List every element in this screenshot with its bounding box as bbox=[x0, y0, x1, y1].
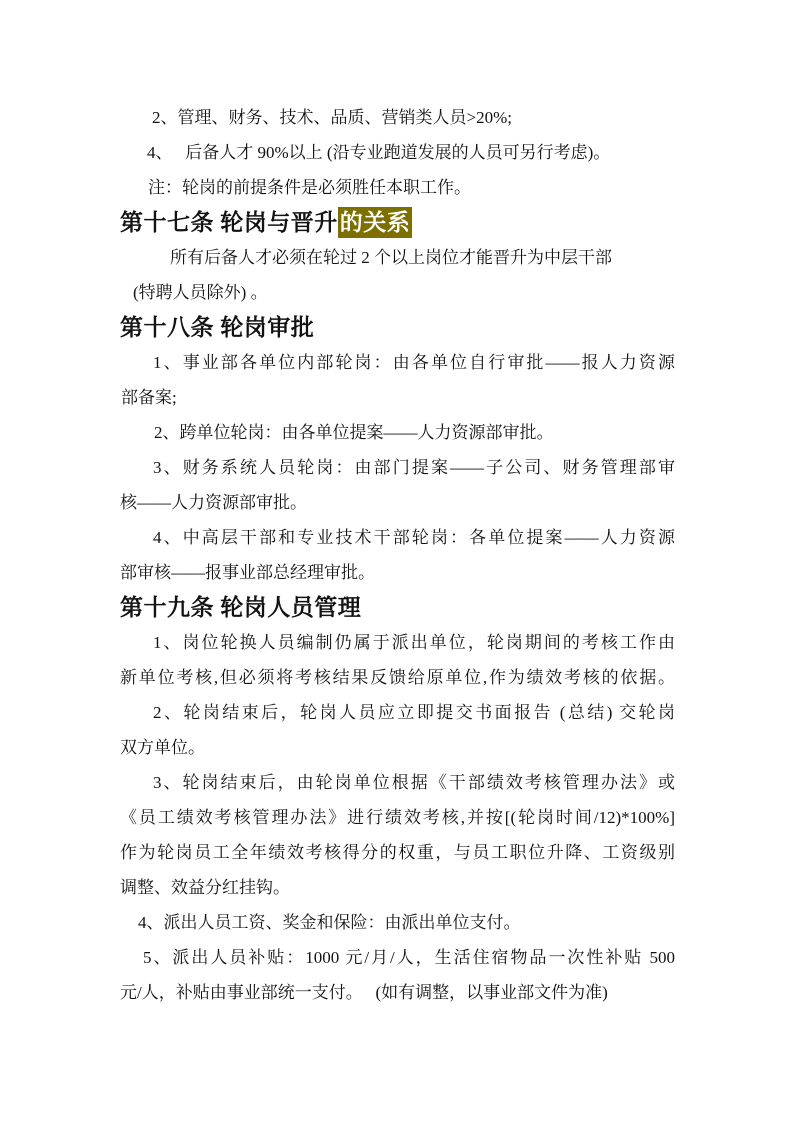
line-text: 调整、效益分红挂钩。 bbox=[120, 878, 290, 897]
line-text: 1、事业部各单位内部轮岗：由各单位自行审批——报人力资源 bbox=[153, 353, 675, 372]
text-line: 4、 后备人才 90%以上 (沿专业跑道发展的人员可另行考虑)。 bbox=[120, 135, 675, 170]
text-line: 4、派出人员工资、奖金和保险：由派出单位支付。 bbox=[120, 905, 675, 940]
text-line: 1、岗位轮换人员编制仍属于派出单位，轮岗期间的考核工作由 bbox=[120, 625, 675, 660]
heading-line: 第十九条 轮岗人员管理 bbox=[120, 590, 675, 625]
text-line: 2、跨单位轮岗：由各单位提案——人力资源部审批。 bbox=[120, 415, 675, 450]
line-text: 4、派出人员工资、奖金和保险：由派出单位支付。 bbox=[138, 913, 521, 932]
document-page: 2、管理、财务、技术、品质、营销类人员>20%;4、 后备人才 90%以上 (沿… bbox=[0, 0, 793, 1122]
text-line: 4、中高层干部和专业技术干部轮岗：各单位提案——人力资源 bbox=[120, 520, 675, 555]
line-text: 2、管理、财务、技术、品质、营销类人员>20%; bbox=[152, 108, 512, 127]
line-text: 第十七条 轮岗与晋升 bbox=[120, 210, 338, 235]
line-text: (特聘人员除外) 。 bbox=[133, 283, 268, 302]
line-text: 作为轮岗员工全年绩效考核得分的权重，与员工职位升降、工资级别 bbox=[120, 843, 675, 862]
text-line: 3、财务系统人员轮岗：由部门提案——子公司、财务管理部审 bbox=[120, 450, 675, 485]
highlighted-text: 的关系 bbox=[338, 207, 413, 238]
line-text: 4、 后备人才 90%以上 (沿专业跑道发展的人员可另行考虑)。 bbox=[147, 143, 610, 162]
line-text: 第十九条 轮岗人员管理 bbox=[120, 595, 361, 620]
line-text: 部备案; bbox=[121, 388, 177, 407]
line-text: 2、轮岗结束后，轮岗人员应立即提交书面报告 (总结) 交轮岗 bbox=[153, 703, 675, 722]
line-text: 元/人，补贴由事业部统一支付。 (如有调整，以事业部文件为准) bbox=[120, 983, 608, 1002]
line-text: 4、中高层干部和专业技术干部轮岗：各单位提案——人力资源 bbox=[153, 528, 675, 547]
line-text: 3、财务系统人员轮岗：由部门提案——子公司、财务管理部审 bbox=[153, 458, 675, 477]
line-text: 3、轮岗结束后，由轮岗单位根据《干部绩效考核管理办法》或 bbox=[153, 773, 675, 792]
text-line: 双方单位。 bbox=[120, 730, 675, 765]
document-content: 2、管理、财务、技术、品质、营销类人员>20%;4、 后备人才 90%以上 (沿… bbox=[120, 100, 675, 1010]
text-line: 2、管理、财务、技术、品质、营销类人员>20%; bbox=[120, 100, 675, 135]
text-line: 调整、效益分红挂钩。 bbox=[120, 870, 675, 905]
line-text: 注：轮岗的前提条件是必须胜任本职工作。 bbox=[148, 178, 471, 197]
line-text: 《员工绩效考核管理办法》进行绩效考核,并按[(轮岗时间/12)*100%] bbox=[120, 808, 675, 827]
line-text: 第十八条 轮岗审批 bbox=[120, 315, 314, 340]
text-line: 作为轮岗员工全年绩效考核得分的权重，与员工职位升降、工资级别 bbox=[120, 835, 675, 870]
text-line: 3、轮岗结束后，由轮岗单位根据《干部绩效考核管理办法》或 bbox=[120, 765, 675, 800]
text-line: (特聘人员除外) 。 bbox=[120, 275, 675, 310]
text-line: 部审核——报事业部总经理审批。 bbox=[120, 555, 675, 590]
heading-line: 第十七条 轮岗与晋升的关系 bbox=[120, 205, 675, 240]
line-text: 所有后备人才必须在轮过 2 个以上岗位才能晋升为中层干部 bbox=[170, 248, 612, 267]
line-text: 新单位考核,但必须将考核结果反馈给原单位,作为绩效考核的依据。 bbox=[120, 668, 675, 687]
line-text: 2、跨单位轮岗：由各单位提案——人力资源部审批。 bbox=[154, 423, 554, 442]
text-line: 元/人，补贴由事业部统一支付。 (如有调整，以事业部文件为准) bbox=[120, 975, 675, 1010]
line-text: 1、岗位轮换人员编制仍属于派出单位，轮岗期间的考核工作由 bbox=[153, 633, 675, 652]
heading-line: 第十八条 轮岗审批 bbox=[120, 310, 675, 345]
text-line: 2、轮岗结束后，轮岗人员应立即提交书面报告 (总结) 交轮岗 bbox=[120, 695, 675, 730]
text-line: 1、事业部各单位内部轮岗：由各单位自行审批——报人力资源 bbox=[120, 345, 675, 380]
line-text: 部审核——报事业部总经理审批。 bbox=[120, 563, 375, 582]
text-line: 注：轮岗的前提条件是必须胜任本职工作。 bbox=[120, 170, 675, 205]
text-line: 所有后备人才必须在轮过 2 个以上岗位才能晋升为中层干部 bbox=[120, 240, 675, 275]
line-text: 5、派出人员补贴：1000 元/月/人，生活住宿物品一次性补贴 500 bbox=[143, 948, 675, 967]
text-line: 《员工绩效考核管理办法》进行绩效考核,并按[(轮岗时间/12)*100%] bbox=[120, 800, 675, 835]
line-text: 核——人力资源部审批。 bbox=[120, 493, 307, 512]
text-line: 核——人力资源部审批。 bbox=[120, 485, 675, 520]
text-line: 5、派出人员补贴：1000 元/月/人，生活住宿物品一次性补贴 500 bbox=[120, 940, 675, 975]
line-text: 双方单位。 bbox=[120, 738, 205, 757]
text-line: 部备案; bbox=[120, 380, 675, 415]
text-line: 新单位考核,但必须将考核结果反馈给原单位,作为绩效考核的依据。 bbox=[120, 660, 675, 695]
